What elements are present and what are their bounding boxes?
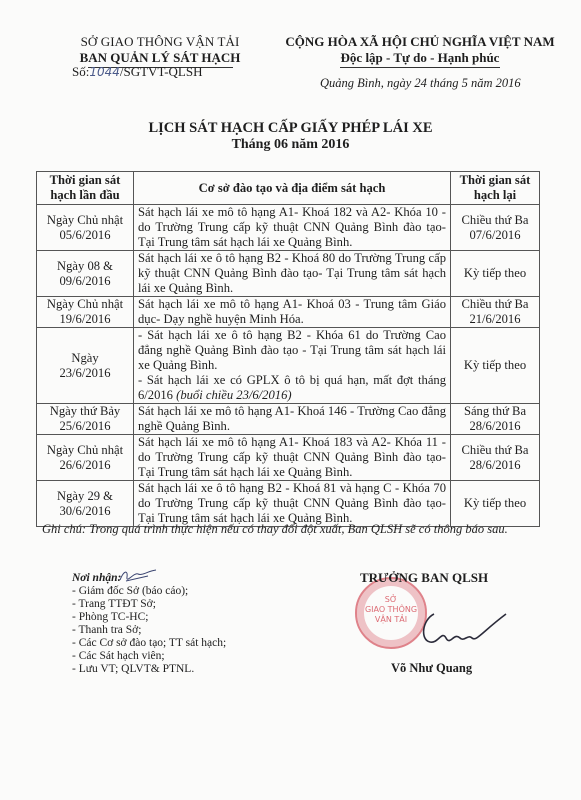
date-line: 25/6/2016 xyxy=(41,419,129,434)
recipient-item: - Thanh tra Sở; xyxy=(72,624,226,637)
description-line: Sát hạch lái xe mô tô hạng A1- Khoá 183 … xyxy=(138,435,446,480)
retest-line: Chiều thứ Ba xyxy=(455,443,535,458)
recipients-block: Nơi nhận: - Giám đốc Sở (báo cáo);- Tran… xyxy=(72,572,226,676)
retest-line: 28/6/2016 xyxy=(455,419,535,434)
date-line: Ngày Chủ nhật xyxy=(41,213,129,228)
header-retest: Thời gian sát hạch lại xyxy=(451,172,540,205)
retest-line: Chiều thứ Ba xyxy=(455,297,535,312)
retest-line: Chiều thứ Ba xyxy=(455,213,535,228)
retest-date: Kỳ tiếp theo xyxy=(451,251,540,297)
course-location: Sát hạch lái xe ô tô hạng B2 - Khoá 81 v… xyxy=(134,481,451,527)
national-motto: Độc lập - Tự do - Hạnh phúc xyxy=(270,50,570,66)
first-test-date: Ngày 29 &30/6/2016 xyxy=(37,481,134,527)
retest-line: Kỳ tiếp theo xyxy=(455,496,535,511)
retest-line: Kỳ tiếp theo xyxy=(455,266,535,281)
initials-scribble-icon xyxy=(118,568,158,584)
retest-line: 28/6/2016 xyxy=(455,458,535,473)
note: Ghi chú: Trong quá trình thực hiện nếu c… xyxy=(42,522,508,537)
description-line: - Sát hạch lái xe ô tô hạng B2 - Khóa 61… xyxy=(138,328,446,373)
header-first-test: Thời gian sát hạch lần đầu xyxy=(37,172,134,205)
retest-date: Kỳ tiếp theo xyxy=(451,481,540,527)
header-location: Cơ sở đào tạo và địa điểm sát hạch xyxy=(134,172,451,205)
date-line: 26/6/2016 xyxy=(41,458,129,473)
course-location: Sát hạch lái xe mô tô hạng A1- Khoá 182 … xyxy=(134,205,451,251)
course-location: Sát hạch lái xe mô tô hạng A1- Khoá 146 … xyxy=(134,404,451,435)
official-stamp: SỞ GIAO THÔNG VẬN TẢI xyxy=(355,577,427,649)
date-line: 05/6/2016 xyxy=(41,228,129,243)
date-line: Ngày Chủ nhật xyxy=(41,443,129,458)
table-header-row: Thời gian sát hạch lần đầu Cơ sở đào tạo… xyxy=(37,172,540,205)
date-line: 23/6/2016 xyxy=(41,366,129,381)
document-number: Số:1044/SGTVT-QLSH xyxy=(72,64,202,80)
table-row: Ngày 29 &30/6/2016Sát hạch lái xe ô tô h… xyxy=(37,481,540,527)
description-italic-note: (buổi chiều 23/6/2016) xyxy=(176,388,291,402)
first-test-date: Ngày23/6/2016 xyxy=(37,328,134,404)
handwritten-signature-icon xyxy=(420,610,510,650)
retest-date: Sáng thứ Ba28/6/2016 xyxy=(451,404,540,435)
recipient-item: - Các Cơ sở đào tạo; TT sát hạch; xyxy=(72,637,226,650)
recipient-item: - Giám đốc Sở (báo cáo); xyxy=(72,585,226,598)
first-test-date: Ngày Chủ nhật26/6/2016 xyxy=(37,435,134,481)
retest-line: 21/6/2016 xyxy=(455,312,535,327)
date-line: Ngày Chủ nhật xyxy=(41,297,129,312)
first-test-date: Ngày thứ Bảy25/6/2016 xyxy=(37,404,134,435)
date-line: 30/6/2016 xyxy=(41,504,129,519)
signer-title: TRƯỞNG BAN QLSH xyxy=(360,570,488,586)
doc-no-suffix: /SGTVT-QLSH xyxy=(120,64,203,79)
table-row: Ngày Chủ nhật26/6/2016Sát hạch lái xe mô… xyxy=(37,435,540,481)
agency-name: SỞ GIAO THÔNG VẬN TẢI xyxy=(40,34,280,50)
retest-line: 07/6/2016 xyxy=(455,228,535,243)
retest-line: Sáng thứ Ba xyxy=(455,404,535,419)
table-row: Ngày Chủ nhật05/6/2016Sát hạch lái xe mô… xyxy=(37,205,540,251)
recipient-item: - Lưu VT; QLVT& PTNL. xyxy=(72,663,226,676)
description-line: - Sát hạch lái xe có GPLX ô tô bị quá hạ… xyxy=(138,373,446,403)
description-line: Sát hạch lái xe mô tô hạng A1- Khoá 146 … xyxy=(138,404,446,434)
doc-no-handwritten: 1044 xyxy=(89,65,120,79)
stamp-line: VẬN TẢI xyxy=(357,615,425,625)
course-location: Sát hạch lái xe mô tô hạng A1- Khoá 183 … xyxy=(134,435,451,481)
description-line: Sát hạch lái xe mô tô hạng A1- Khoá 03 -… xyxy=(138,297,446,327)
first-test-date: Ngày 08 &09/6/2016 xyxy=(37,251,134,297)
retest-date: Kỳ tiếp theo xyxy=(451,328,540,404)
table-row: Ngày23/6/2016- Sát hạch lái xe ô tô hạng… xyxy=(37,328,540,404)
stamp-line: SỞ xyxy=(357,595,425,605)
doc-no-prefix: Số: xyxy=(72,64,89,79)
place-date: Quảng Bình, ngày 24 tháng 5 năm 2016 xyxy=(320,76,521,91)
nation-title: CỘNG HÒA XÃ HỘI CHỦ NGHĨA VIỆT NAM xyxy=(270,34,570,50)
date-line: Ngày thứ Bảy xyxy=(41,404,129,419)
recipient-item: - Trang TTĐT Sở; xyxy=(72,598,226,611)
description-line: Sát hạch lái xe mô tô hạng A1- Khoá 182 … xyxy=(138,205,446,250)
description-line: Sát hạch lái xe ô tô hạng B2 - Khoá 81 v… xyxy=(138,481,446,526)
document-subtitle: Tháng 06 năm 2016 xyxy=(0,137,581,153)
date-line: Ngày xyxy=(41,351,129,366)
document-title: LỊCH SÁT HẠCH CẤP GIẤY PHÉP LÁI XE xyxy=(0,120,581,137)
date-line: Ngày 29 & xyxy=(41,489,129,504)
table-row: Ngày Chủ nhật19/6/2016Sát hạch lái xe mô… xyxy=(37,297,540,328)
retest-line: Kỳ tiếp theo xyxy=(455,358,535,373)
signer-name: Võ Như Quang xyxy=(391,661,472,676)
table-row: Ngày thứ Bảy25/6/2016Sát hạch lái xe mô … xyxy=(37,404,540,435)
first-test-date: Ngày Chủ nhật05/6/2016 xyxy=(37,205,134,251)
table-row: Ngày 08 &09/6/2016Sát hạch lái xe ô tô h… xyxy=(37,251,540,297)
course-location: - Sát hạch lái xe ô tô hạng B2 - Khóa 61… xyxy=(134,328,451,404)
date-line: 19/6/2016 xyxy=(41,312,129,327)
course-location: Sát hạch lái xe mô tô hạng A1- Khoá 03 -… xyxy=(134,297,451,328)
first-test-date: Ngày Chủ nhật19/6/2016 xyxy=(37,297,134,328)
recipient-item: - Phòng TC-HC; xyxy=(72,611,226,624)
retest-date: Chiều thứ Ba21/6/2016 xyxy=(451,297,540,328)
national-header-block: CỘNG HÒA XÃ HỘI CHỦ NGHĨA VIỆT NAM Độc l… xyxy=(270,34,570,68)
issuing-agency-block: SỞ GIAO THÔNG VẬN TẢI BAN QUẢN LÝ SÁT HẠ… xyxy=(40,34,280,68)
stamp-line: GIAO THÔNG xyxy=(357,605,425,615)
recipient-item: - Các Sát hạch viên; xyxy=(72,650,226,663)
divider xyxy=(340,67,500,68)
date-line: Ngày 08 & xyxy=(41,259,129,274)
retest-date: Chiều thứ Ba28/6/2016 xyxy=(451,435,540,481)
recipients-list: - Giám đốc Sở (báo cáo);- Trang TTĐT Sở;… xyxy=(72,585,226,676)
schedule-table: Thời gian sát hạch lần đầu Cơ sở đào tạo… xyxy=(36,171,540,527)
description-line: Sát hạch lái xe ô tô hạng B2 - Khoá 80 d… xyxy=(138,251,446,296)
date-line: 09/6/2016 xyxy=(41,274,129,289)
course-location: Sát hạch lái xe ô tô hạng B2 - Khoá 80 d… xyxy=(134,251,451,297)
retest-date: Chiều thứ Ba07/6/2016 xyxy=(451,205,540,251)
